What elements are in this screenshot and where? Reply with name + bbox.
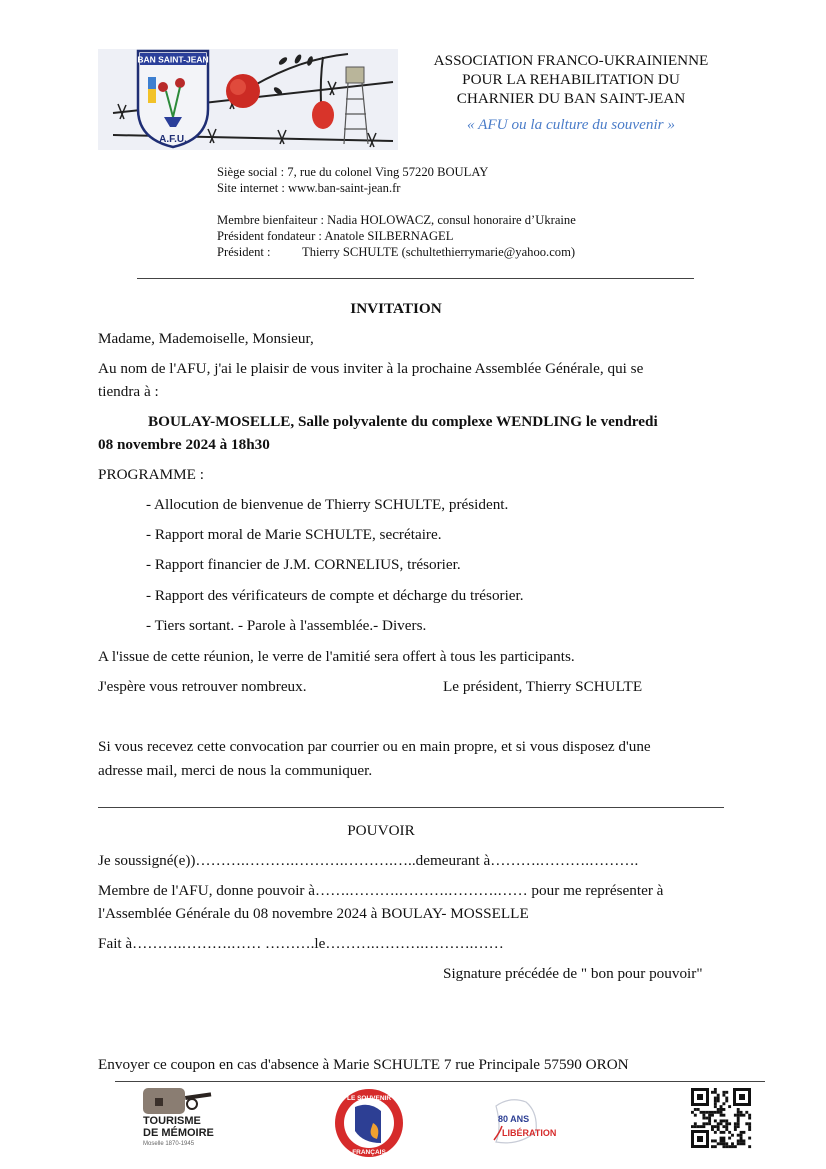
siege-social: Siège social : 7, rue du colonel Ving 57… — [217, 164, 488, 180]
org-name-line-2: POUR LA REHABILITATION DU — [405, 70, 737, 90]
signature-note: Signature précédée de " bon pour pouvoir… — [443, 965, 703, 983]
svg-text:LE SOUVENIR: LE SOUVENIR — [347, 1095, 391, 1102]
barbed-wire-roses-illustration: BAN SAINT-JEAN A.F.U. — [98, 49, 398, 150]
president-signature: Le président, Thierry SCHULTE — [443, 678, 642, 696]
intro-line-1: Au nom de l'AFU, j'ai le plaisir de vous… — [98, 360, 643, 378]
president-label: Président : — [217, 244, 271, 260]
pouvoir-assemblee-line: l'Assemblée Générale du 08 novembre 2024… — [98, 905, 529, 923]
svg-text:TOURISME: TOURISME — [143, 1115, 201, 1127]
programme-item: - Rapport moral de Marie SCHULTE, secrét… — [146, 526, 442, 544]
mail-request-line-1: Si vous recevez cette convocation par co… — [98, 738, 651, 756]
president-contact: Thierry SCHULTE (schultethierrymarie@yah… — [302, 244, 575, 260]
salutation: Madame, Mademoiselle, Monsieur, — [98, 330, 314, 348]
closing-text: A l'issue de cette réunion, le verre de … — [98, 648, 575, 666]
pouvoir-fait-a-field: Fait à……….……….…… ……….le……….……….……….…… — [98, 935, 504, 953]
svg-text:80 ANS: 80 ANS — [498, 1114, 529, 1124]
header-separator — [137, 278, 694, 279]
send-coupon-instruction: Envoyer ce coupon en cas d'absence à Mar… — [98, 1056, 629, 1074]
hope-text: J'espère vous retrouver nombreux. — [98, 678, 307, 696]
org-name-line-1: ASSOCIATION FRANCO-UKRAINIENNE — [405, 51, 737, 71]
mail-request-line-2: adresse mail, merci de nous la communiqu… — [98, 762, 372, 780]
pouvoir-separator — [98, 807, 724, 808]
org-name-line-3: CHARNIER DU BAN SAINT-JEAN — [405, 89, 737, 109]
footer-separator — [115, 1081, 765, 1082]
intro-line-2: tiendra à : — [98, 383, 159, 401]
qr-code-icon[interactable] — [689, 1086, 753, 1150]
programme-item: - Tiers sortant. - Parole à l'assemblée.… — [146, 617, 426, 635]
invitation-title: INVITATION — [0, 300, 792, 318]
venue-line-2: 08 novembre 2024 à 18h30 — [98, 436, 270, 454]
pouvoir-title: POUVOIR — [0, 822, 762, 840]
programme-label: PROGRAMME : — [98, 466, 204, 484]
svg-text:BAN SAINT-JEAN: BAN SAINT-JEAN — [137, 55, 208, 65]
pouvoir-mandataire-field: Membre de l'AFU, donne pouvoir à…….……….…… — [98, 882, 663, 900]
svg-text:LIBÉRATION: LIBÉRATION — [502, 1128, 556, 1138]
association-logo-banner: BAN SAINT-JEAN A.F.U. — [98, 49, 398, 150]
programme-item: - Rapport financier de J.M. CORNELIUS, t… — [146, 556, 461, 574]
svg-text:FRANÇAIS: FRANÇAIS — [352, 1149, 386, 1156]
site-internet: Site internet : www.ban-saint-jean.fr — [217, 180, 400, 196]
souvenir-francais-logo: LE SOUVENIR FRANÇAIS — [333, 1087, 405, 1159]
programme-item: - Rapport des vérificateurs de compte et… — [146, 587, 524, 605]
programme-item: - Allocution de bienvenue de Thierry SCH… — [146, 496, 508, 514]
80-ans-liberation-logo: 80 ANS LIBÉRATION — [488, 1092, 558, 1154]
tourisme-de-memoire-logo: TOURISME DE MÉMOIRE Moselle 1870-1945 — [140, 1088, 230, 1148]
president-fondateur: Président fondateur : Anatole SILBERNAGE… — [217, 228, 453, 244]
pouvoir-soussigne-field: Je soussigné(e))……….……….……….……….…..demeu… — [98, 852, 638, 870]
svg-text:A.F.U.: A.F.U. — [159, 134, 187, 145]
svg-text:Moselle 1870-1945: Moselle 1870-1945 — [143, 1141, 195, 1147]
org-tagline: « AFU ou la culture du souvenir » — [405, 115, 737, 135]
membre-bienfaiteur: Membre bienfaiteur : Nadia HOLOWACZ, con… — [217, 212, 576, 228]
venue-line-1: BOULAY-MOSELLE, Salle polyvalente du com… — [148, 413, 658, 431]
svg-text:DE MÉMOIRE: DE MÉMOIRE — [143, 1126, 214, 1139]
